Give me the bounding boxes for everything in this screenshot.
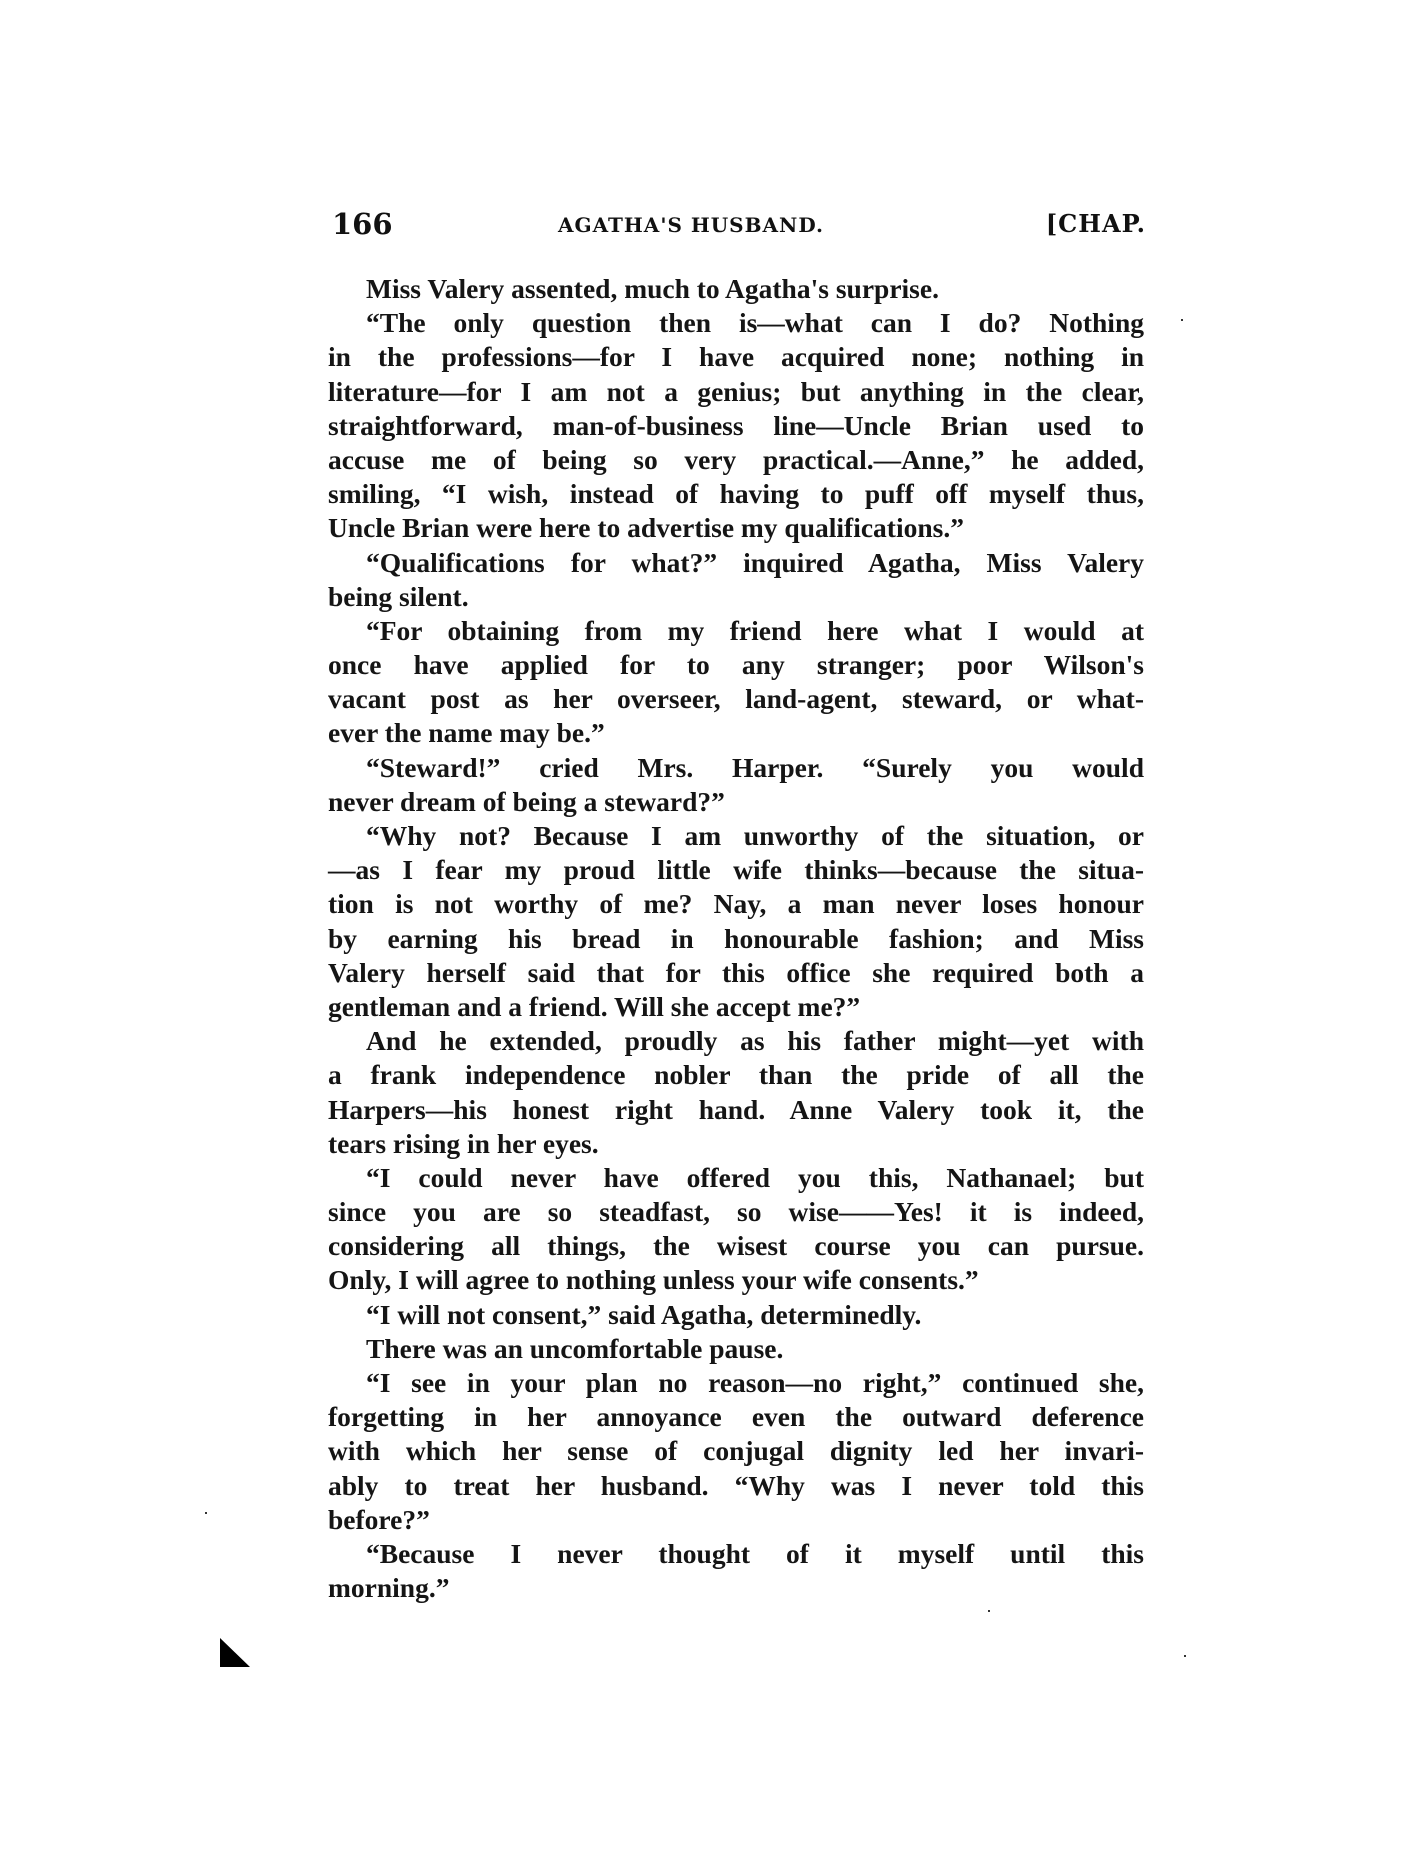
- chapter-marker: [CHAP.: [1046, 209, 1146, 238]
- text-line: “Qualifications for what?” inquired Agat…: [328, 546, 1144, 580]
- text-line: “I could never have offered you this, Na…: [328, 1161, 1144, 1195]
- text-line: tears rising in her eyes.: [328, 1127, 1144, 1161]
- text-line: straightforward, man-of-business line—Un…: [328, 409, 1144, 443]
- text-line: ably to treat her husband. “Why was I ne…: [328, 1469, 1144, 1503]
- text-line: literature—for I am not a genius; but an…: [328, 375, 1144, 409]
- text-line: “Why not? Because I am unworthy of the s…: [328, 819, 1144, 853]
- text-line: Only, I will agree to nothing unless you…: [328, 1263, 1144, 1297]
- text-line: tion is not worthy of me? Nay, a man nev…: [328, 887, 1144, 921]
- text-line: Harpers—his honest right hand. Anne Vale…: [328, 1093, 1144, 1127]
- scan-speck: [205, 1512, 207, 1514]
- text-line: ever the name may be.”: [328, 716, 1144, 750]
- text-line: “Because I never thought of it myself un…: [328, 1537, 1144, 1571]
- scan-speck: [988, 1610, 990, 1612]
- text-line: before?”: [328, 1503, 1144, 1537]
- text-line: “The only question then is—what can I do…: [328, 306, 1144, 340]
- text-line: “I will not consent,” said Agatha, deter…: [328, 1298, 1144, 1332]
- scan-corner-mark-icon: [220, 1638, 250, 1667]
- text-line: morning.”: [328, 1571, 1144, 1605]
- text-line: in the professions—for I have acquired n…: [328, 340, 1144, 374]
- scan-speck: [1181, 319, 1183, 321]
- text-line: by earning his bread in honourable fashi…: [328, 922, 1144, 956]
- text-line: accuse me of being so very practical.—An…: [328, 443, 1144, 477]
- text-line: once have applied for to any stranger; p…: [328, 648, 1144, 682]
- text-line: Valery herself said that for this office…: [328, 956, 1144, 990]
- text-line: with which her sense of conjugal dignity…: [328, 1434, 1144, 1468]
- text-line: Miss Valery assented, much to Agatha's s…: [328, 272, 1144, 306]
- scan-speck: [1184, 1655, 1186, 1657]
- text-line: gentleman and a friend. Will she accept …: [328, 990, 1144, 1024]
- text-line: forgetting in her annoyance even the out…: [328, 1400, 1144, 1434]
- text-line: never dream of being a steward?”: [328, 785, 1144, 819]
- body-text: Miss Valery assented, much to Agatha's s…: [328, 272, 1144, 1605]
- text-line: considering all things, the wisest cours…: [328, 1229, 1144, 1263]
- text-line: since you are so steadfast, so wise——Yes…: [328, 1195, 1144, 1229]
- text-line: And he extended, proudly as his father m…: [328, 1024, 1144, 1058]
- text-line: —as I fear my proud little wife thinks—b…: [328, 853, 1144, 887]
- text-line: Uncle Brian were here to advertise my qu…: [328, 511, 1144, 545]
- text-line: “I see in your plan no reason—no right,”…: [328, 1366, 1144, 1400]
- running-header: 166 AGATHA'S HUSBAND. [CHAP.: [328, 205, 1146, 245]
- running-title: AGATHA'S HUSBAND.: [558, 213, 958, 237]
- text-line: smiling, “I wish, instead of having to p…: [328, 477, 1144, 511]
- text-line: “For obtaining from my friend here what …: [328, 614, 1144, 648]
- book-page: 166 AGATHA'S HUSBAND. [CHAP. Miss Valery…: [0, 0, 1401, 1851]
- page-number: 166: [332, 207, 393, 241]
- text-line: vacant post as her overseer, land-agent,…: [328, 682, 1144, 716]
- text-line: being silent.: [328, 580, 1144, 614]
- text-line: a frank independence nobler than the pri…: [328, 1058, 1144, 1092]
- text-line: There was an uncomfortable pause.: [328, 1332, 1144, 1366]
- text-line: “Steward!” cried Mrs. Harper. “Surely yo…: [328, 751, 1144, 785]
